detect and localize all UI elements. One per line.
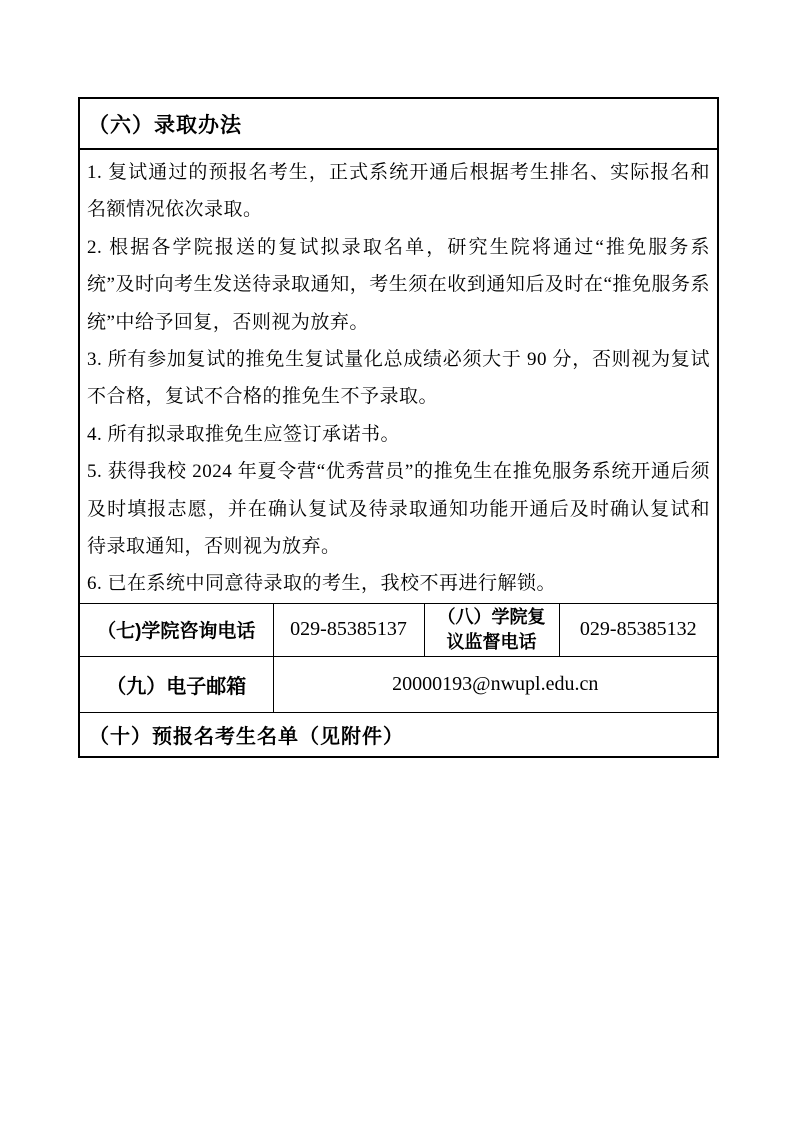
supervision-phone-label: （八）学院复 议监督电话 — [424, 603, 559, 656]
email-value: 20000193@nwupl.edu.cn — [273, 656, 718, 712]
rule-item-3: 3. 所有参加复试的推免生复试量化总成绩必须大于 90 分，否则视为复试不合格，… — [87, 341, 710, 416]
email-label: （九）电子邮箱 — [79, 656, 273, 712]
admission-rules-cell: 1. 复试通过的预报名考生，正式系统开通后根据考生排名、实际报名和名额情况依次录… — [79, 149, 718, 603]
rule-item-2: 2. 根据各学院报送的复试拟录取名单，研究生院将通过“推免服务系统”及时向考生发… — [87, 229, 710, 341]
table-row: （十）预报名考生名单（见附件） — [79, 712, 718, 757]
table-row: （九）电子邮箱 20000193@nwupl.edu.cn — [79, 656, 718, 712]
consult-phone-label: （七)学院咨询电话 — [79, 603, 273, 656]
supervision-phone-number: 029-85385132 — [559, 603, 718, 656]
admission-info-table: （六）录取办法 1. 复试通过的预报名考生，正式系统开通后根据考生排名、实际报名… — [78, 97, 719, 758]
rule-item-6: 6. 已在系统中同意待录取的考生，我校不再进行解锁。 — [87, 565, 710, 602]
rule-item-5: 5. 获得我校 2024 年夏令营“优秀营员”的推免生在推免服务系统开通后须及时… — [87, 453, 710, 565]
rule-item-4: 4. 所有拟录取推免生应签订承诺书。 — [87, 416, 710, 453]
table-row: 1. 复试通过的预报名考生，正式系统开通后根据考生排名、实际报名和名额情况依次录… — [79, 149, 718, 603]
table-row: （七)学院咨询电话 029-85385137 （八）学院复 议监督电话 029-… — [79, 603, 718, 656]
section-title-admission-method: （六）录取办法 — [79, 98, 718, 149]
rule-item-1: 1. 复试通过的预报名考生，正式系统开通后根据考生排名、实际报名和名额情况依次录… — [87, 154, 710, 229]
attachment-note: （十）预报名考生名单（见附件） — [79, 712, 718, 757]
table-row: （六）录取办法 — [79, 98, 718, 149]
consult-phone-number: 029-85385137 — [273, 603, 424, 656]
